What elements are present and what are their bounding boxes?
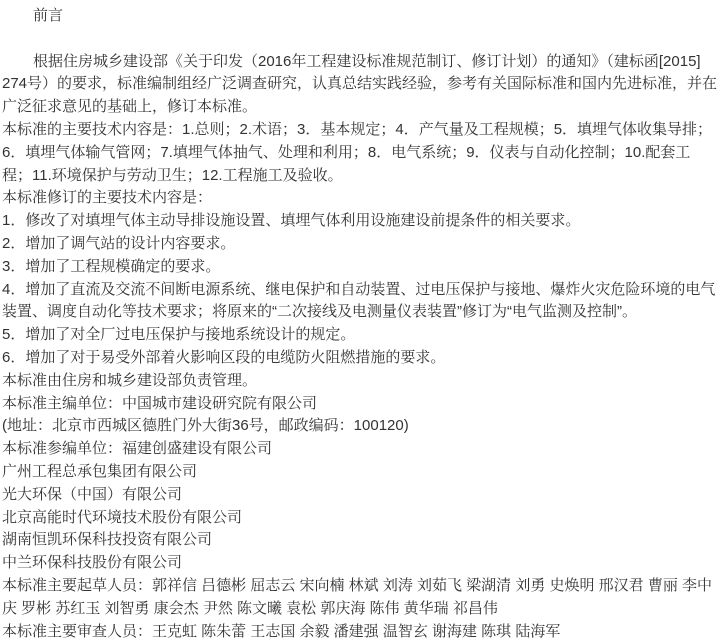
doc-title: 前言 (2, 5, 718, 28)
main-reviewers: 本标准主要审查人员：王克虹 陈朱蕾 王志国 余毅 潘建强 温智玄 谢海建 陈琪 … (2, 621, 718, 638)
revision-item-5: 5．增加了对全厂过电压保护与接地系统设计的规定。 (2, 324, 718, 347)
main-technical-contents: 本标准的主要技术内容是：1.总则；2.术语；3．基本规定；4．产气量及工程规模；… (2, 119, 718, 187)
revision-intro: 本标准修订的主要技术内容是： (2, 187, 718, 210)
management-statement: 本标准由住房和城乡建设部负责管理。 (2, 370, 718, 393)
revision-item-6: 6．增加了对于易受外部着火影响区段的电缆防火阻燃措施的要求。 (2, 347, 718, 370)
intro-paragraph: 根据住房城乡建设部《关于印发（2016年工程建设标准规范制订、修订计划）的通知》… (2, 51, 718, 119)
participating-unit-6: 中兰环保科技股份有限公司 (2, 552, 718, 575)
participating-unit-3: 光大环保（中国）有限公司 (2, 484, 718, 507)
revision-item-2: 2．增加了调气站的设计内容要求。 (2, 233, 718, 256)
revision-item-3: 3．增加了工程规模确定的要求。 (2, 256, 718, 279)
main-drafters: 本标准主要起草人员：郭祥信 吕德彬 屈志云 宋向楠 林斌 刘涛 刘茹飞 梁湖清 … (2, 575, 718, 621)
participating-unit-5: 湖南恒凯环保科技投资有限公司 (2, 529, 718, 552)
chief-editing-unit-address: (地址：北京市西城区德胜门外大街36号，邮政编码：100120) (2, 415, 718, 438)
participating-unit-1: 本标准参编单位：福建创盛建设有限公司 (2, 438, 718, 461)
chief-editing-unit: 本标准主编单位：中国城市建设研究院有限公司 (2, 393, 718, 416)
document-page: 前言 根据住房城乡建设部《关于印发（2016年工程建设标准规范制订、修订计划）的… (0, 0, 718, 638)
participating-unit-2: 广州工程总承包集团有限公司 (2, 461, 718, 484)
revision-item-1: 1．修改了对填埋气体主动导排设施设置、填埋气体利用设施建设前提条件的相关要求。 (2, 210, 718, 233)
participating-unit-4: 北京高能时代环境技术股份有限公司 (2, 507, 718, 530)
revision-item-4: 4．增加了直流及交流不间断电源系统、继电保护和自动装置、过电压保护与接地、爆炸火… (2, 279, 718, 325)
